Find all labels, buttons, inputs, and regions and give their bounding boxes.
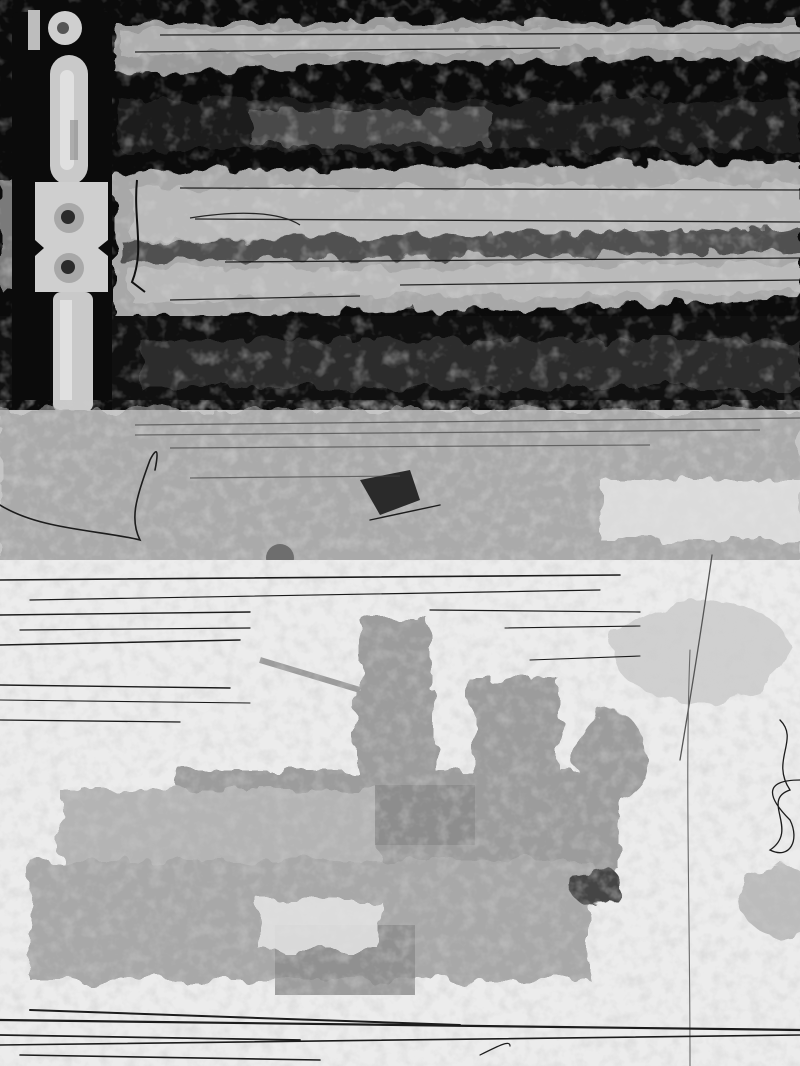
artwork-svg: [0, 0, 800, 1066]
artwork-canvas: [0, 0, 800, 1066]
